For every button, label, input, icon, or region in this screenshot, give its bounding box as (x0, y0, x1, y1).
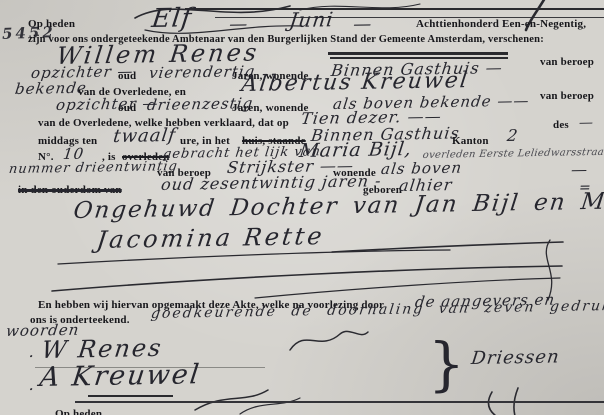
printed-oud-2: oud (118, 102, 136, 114)
hw-dash-4: — (570, 160, 589, 179)
hw-dash-1: — (228, 14, 250, 35)
printed-oud-1: oud (118, 70, 136, 82)
signature-official: Driessen (470, 346, 561, 369)
printed-year: Achttienhonderd Een-en-Negentig, (416, 18, 586, 30)
hw-month: Juni (288, 7, 335, 32)
printed-op-heden: Op heden (28, 18, 75, 30)
printed-van-beroep-2: van beroep (540, 90, 594, 102)
printed-jaren-wonende-2: Jaren, wonende (232, 102, 309, 114)
hw-house-number: nummer drieentwintig (8, 159, 179, 177)
printed-next-record: Op heden (55, 408, 102, 415)
hw-death-hour: twaalf (112, 125, 177, 147)
hw-kanton-no: 2 (506, 126, 520, 145)
signature-dot-1: . (28, 342, 36, 361)
death-certificate-scan: 5452 Op heden Elf — Juni — Achttienhonde… (0, 0, 604, 415)
hw-dash-3: — (578, 115, 595, 131)
hw-deceased-age: oud zesentwintig jaren - (160, 171, 383, 194)
printed-ouderdom-struck: in den ouderdom van (18, 184, 122, 196)
hw-dash-2: — (352, 14, 374, 35)
hw-family-line2: Jacomina Rette (95, 222, 326, 254)
printed-kanton: Kanton (452, 135, 489, 147)
signature-brace: } (428, 330, 465, 398)
printed-van-beroep-1: van beroep (540, 56, 594, 68)
hw-day: Elf (150, 3, 194, 34)
signature-underline-2 (88, 395, 173, 397)
top-rule-1 (185, 8, 604, 10)
hw-declarant2-occupation: opzichter — (55, 94, 160, 114)
printed-des: des (553, 119, 569, 131)
blank-fill-rule-1 (328, 52, 508, 55)
signature-dot-2: . (28, 375, 36, 394)
bottom-separator-rule (75, 401, 604, 403)
hw-family-line1: Ongehuwd Dochter van Jan Bijl en Maria (72, 188, 604, 224)
signature-declarant2: A Kreuwel (38, 359, 202, 393)
